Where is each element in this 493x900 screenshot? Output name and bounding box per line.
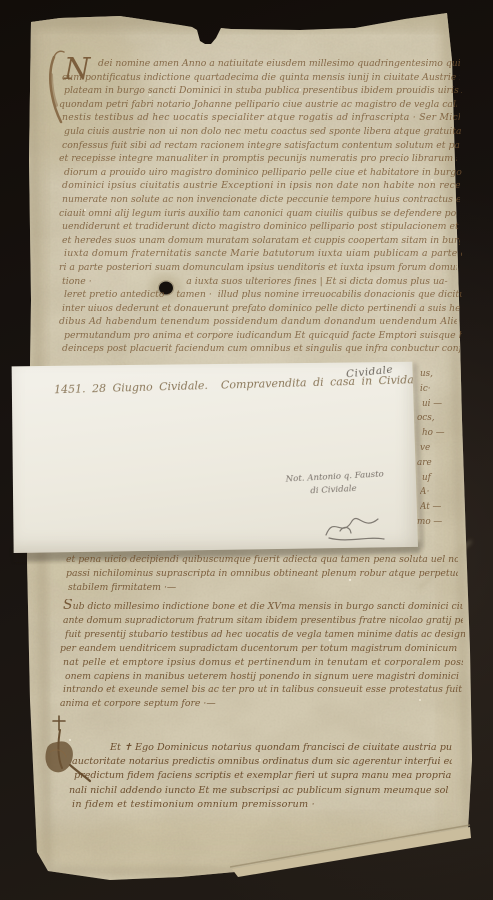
manuscript-line: dominici ipsius ciuitatis austrie Except… (62, 179, 460, 193)
manuscript-line: nali nichil addendo iuncto Et me subscri… (69, 784, 449, 798)
manuscript-line: dei nomine amen Anno a natiuitate eiusde… (62, 57, 460, 71)
manuscript-line: cum pontificatus indictione quartadecima… (62, 71, 460, 85)
manuscript-line: ic· (420, 382, 466, 397)
manuscript-line: ri a parte posteriori suam domunculam ip… (59, 261, 457, 275)
manuscript-line: plateam in burgo sancti Dominici in stub… (64, 84, 462, 98)
photo-backdrop: N dei nomine amen Anno a natiuitate eius… (0, 0, 493, 900)
manuscript-line: per eandem uenditricem supradictam ducen… (60, 642, 460, 656)
manuscript-line: in fidem et testimonium omnium premissor… (72, 798, 452, 812)
slip-notary-note-line2: di Cividale (310, 481, 385, 498)
manuscript-line: passi nichilominus suprascripta in omnib… (66, 567, 458, 581)
manuscript-line: ante domum supradictorum fratrum sitam i… (63, 614, 463, 628)
manuscript-line: numerate non solute ac non invencionate … (62, 193, 460, 207)
archival-paper-slip: Cividale 1451. 28 Giugno Cividale. Compr… (10, 361, 418, 553)
manuscript-line: predictum fidem faciens scriptis et exem… (74, 769, 454, 783)
manuscript-line: permutandum pro anima et corpore iudican… (64, 329, 462, 343)
manuscript-line: stabilem firmitatem ·— (68, 581, 460, 595)
manuscript-line: A· (420, 485, 466, 500)
manuscript-line: confessus fuit sibi ad rectam racionem i… (62, 139, 460, 153)
manuscript-line: us, (420, 367, 466, 382)
signature-scribble (320, 509, 392, 545)
manuscript-line: tione · a iuxta suos ulteriores fines | … (62, 275, 460, 289)
manuscript-line: quondam petri fabri notario Johanne pell… (59, 98, 457, 112)
manuscript-line: mo — (417, 515, 463, 530)
manuscript-line: nat pelle et emptore ipsius domus et per… (63, 656, 463, 670)
slip-notary-note: Not. Antonio q. Fausto di Cividale (285, 468, 384, 499)
manuscript-line: At — (420, 500, 466, 515)
manuscript-line: diorum a prouido uiro magistro dominico … (64, 166, 462, 180)
manuscript-line: fuit presentij stubario testibus ad hec … (65, 628, 465, 642)
slip-catalog-line: 1451. 28 Giugno Cividale. Compravendita … (54, 373, 434, 397)
manuscript-line: uendiderunt et tradiderunt dicto magistr… (62, 220, 460, 234)
manuscript-line: deinceps post placuerit faciendum cum om… (62, 342, 460, 356)
covered-line-endings: us,ic·ui —ocs,ho —veareufA·At —mo — (420, 367, 466, 530)
manuscript-paragraph-possession: Sub dicto millesimo indictione bone et d… (63, 599, 463, 711)
manuscript-line: onem capiens in manibus ueterem hostij p… (65, 670, 465, 684)
manuscript-line: anima et corpore septum fore ·— (60, 697, 460, 711)
manuscript-line: ocs, (417, 411, 463, 426)
manuscript-line: et heredes suos unam domum muratam solar… (62, 234, 460, 248)
manuscript-line: Sub dicto millesimo indictione bone et d… (63, 599, 463, 614)
manuscript-line: leret pretio antedicto · tamen · illud p… (64, 288, 462, 302)
manuscript-paragraph-notary-subscription: Et ✝ Ego Dominicus notarius quondam fran… (72, 741, 452, 812)
manuscript-line: intrando et exeunde semel bis ac ter pro… (63, 683, 463, 697)
manuscript-line: ciauit omni alij legum iuris auxilio tam… (59, 207, 457, 221)
manuscript-line: iuxta domum fraternitatis sancte Marie b… (64, 247, 462, 261)
manuscript-line: ui — (422, 397, 468, 412)
manuscript-line: inter uiuos dederunt et donauerunt prefa… (62, 302, 460, 316)
manuscript-line: Et ✝ Ego Dominicus notarius quondam fran… (72, 741, 452, 755)
manuscript-line: dibus Ad habendum tenendum possidendum d… (59, 315, 457, 329)
manuscript-line: nestis testibus ad hec uocatis specialit… (62, 111, 460, 125)
manuscript-line: uf (422, 471, 468, 486)
manuscript-line: ve (420, 441, 466, 456)
manuscript-line: gula ciuis austrie non ui non dolo nec m… (64, 125, 462, 139)
manuscript-line: et recepisse integre manualiter in promp… (59, 152, 457, 166)
manuscript-paragraph-penalty: et pena uicio decipiendi quibuscumque fu… (66, 553, 458, 596)
manuscript-line: et pena uicio decipiendi quibuscumque fu… (66, 553, 458, 567)
manuscript-line: are (417, 456, 463, 471)
manuscript-paragraph-main: dei nomine amen Anno a natiuitate eiusde… (62, 57, 460, 356)
manuscript-line: ho — (422, 426, 468, 441)
manuscript-line: auctoritate notarius predictis omnibus o… (72, 755, 452, 769)
